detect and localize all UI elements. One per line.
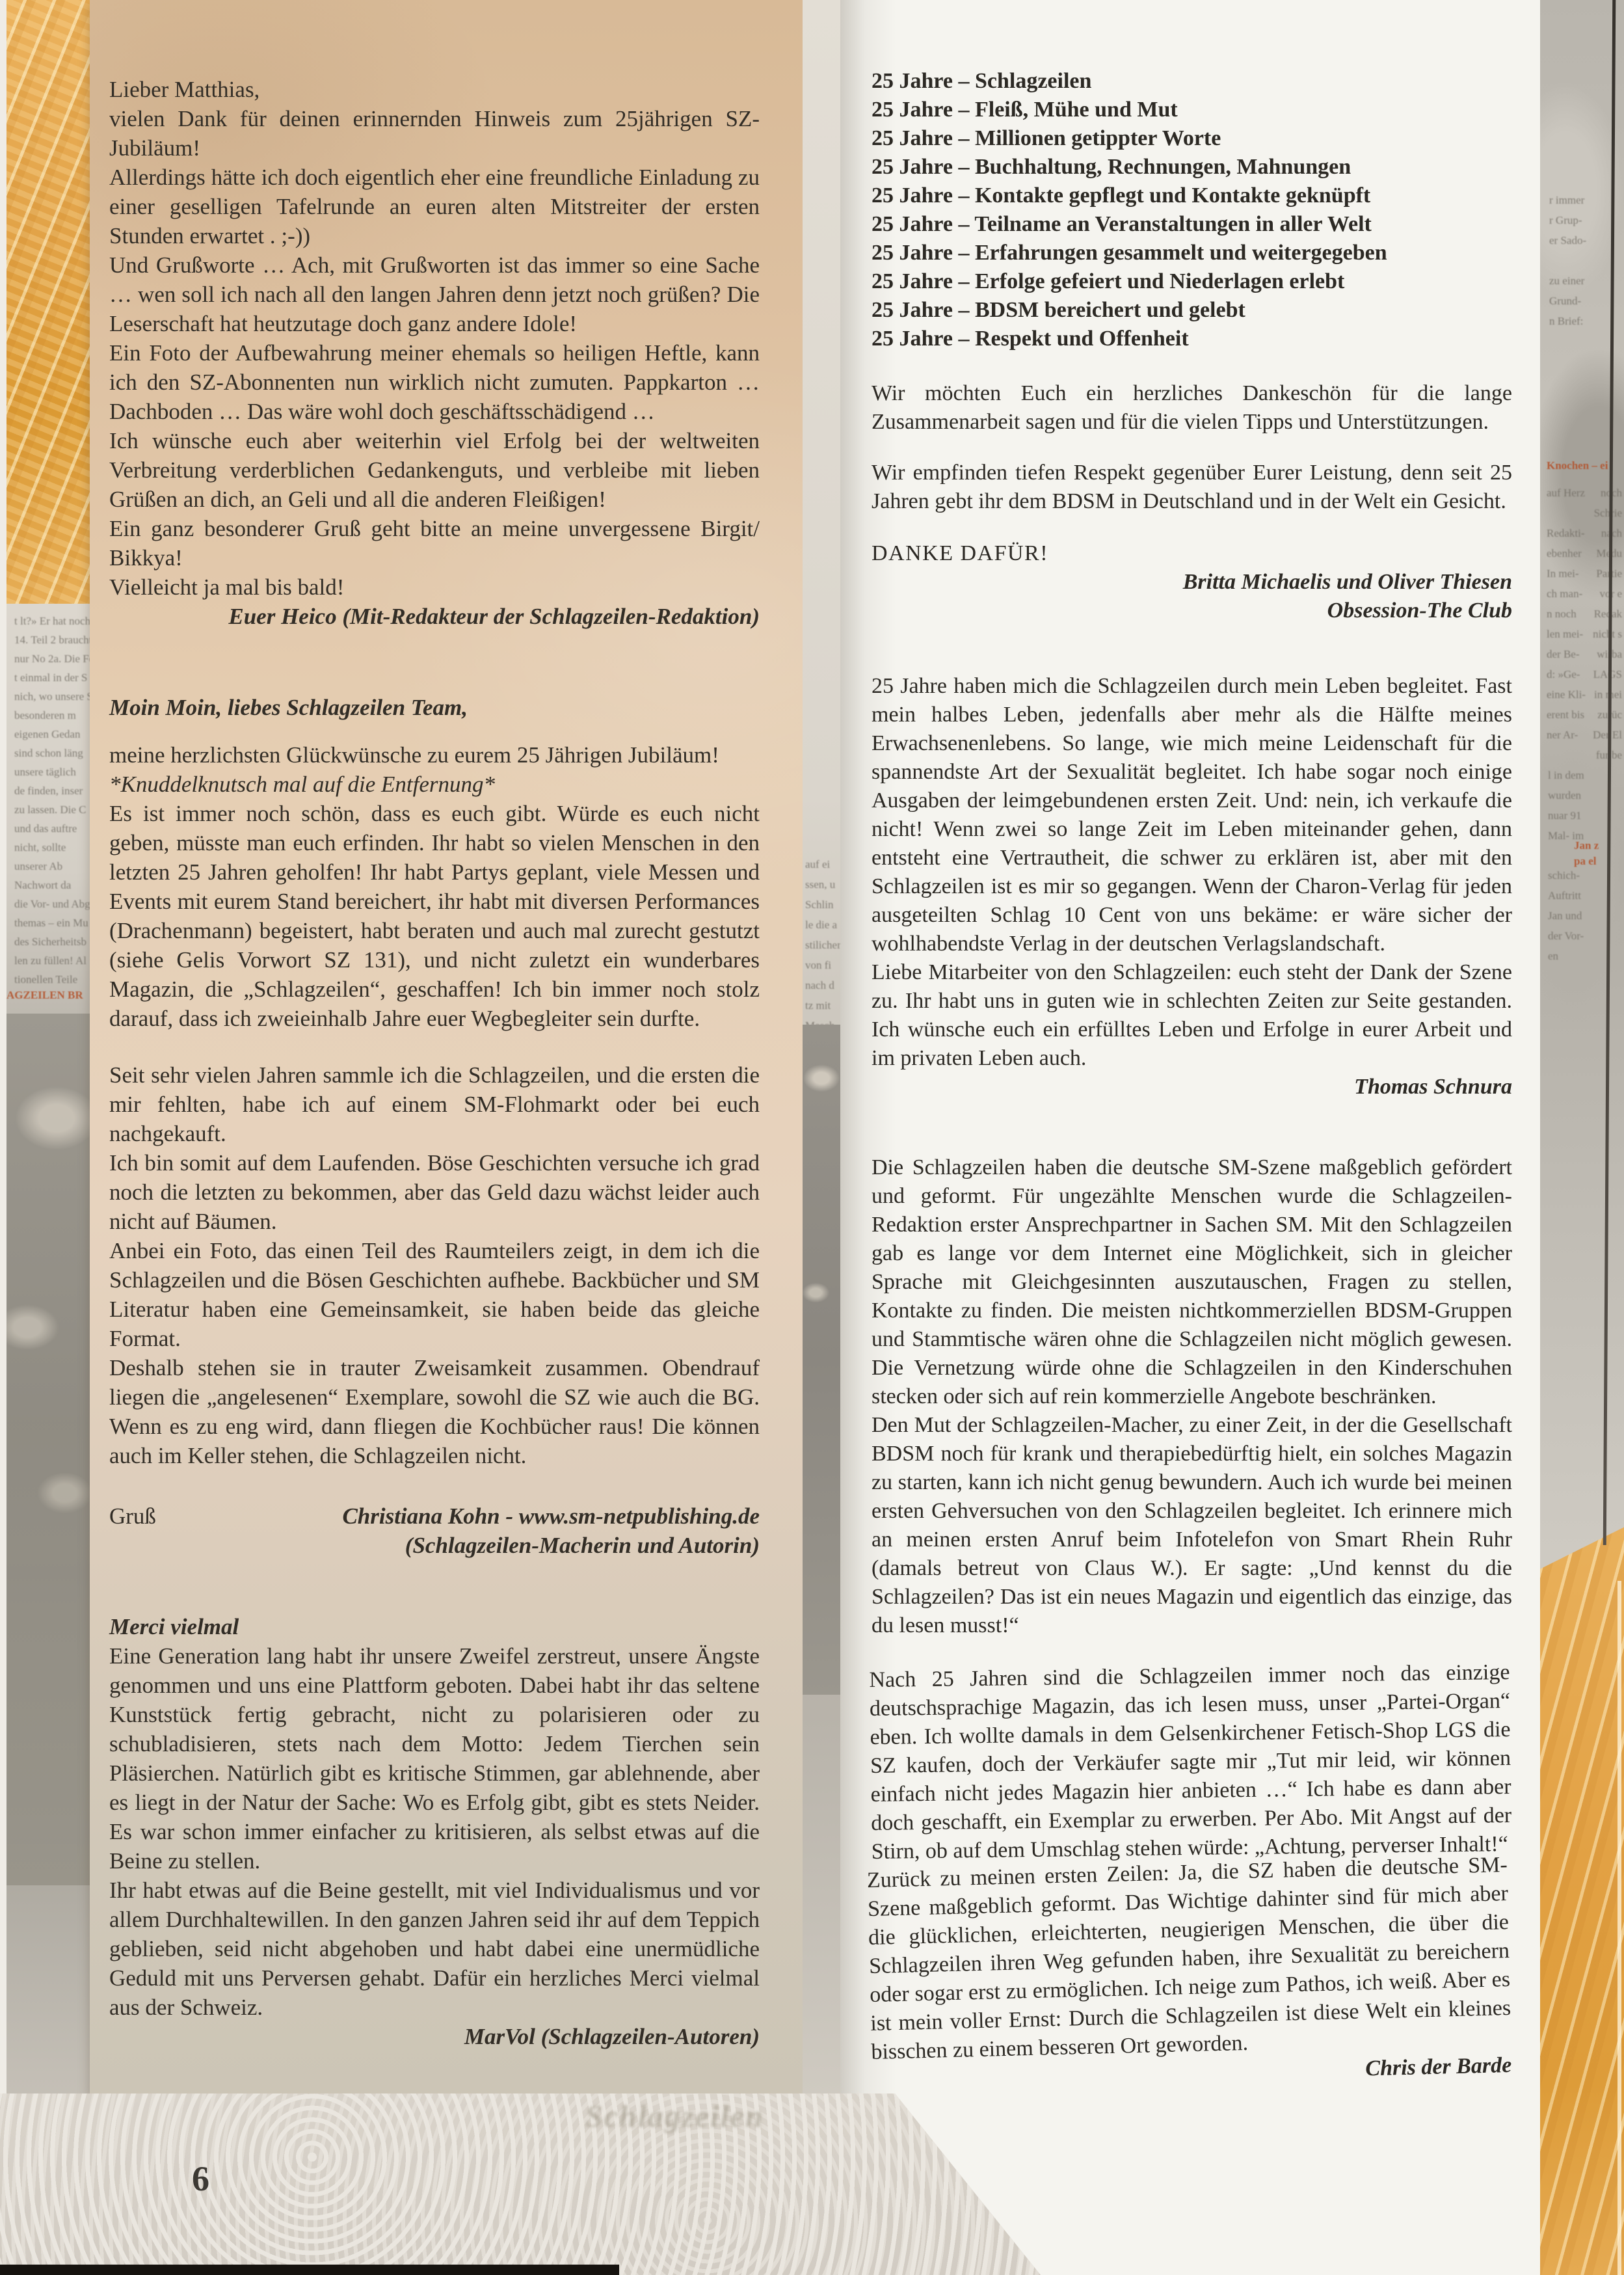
ghost-text-fragments: t lt?» Er hat noch14. Teil 2 brauchtenur…	[14, 612, 94, 989]
ghost-text-line: wurden	[1548, 785, 1613, 805]
ghost-text-line	[1549, 250, 1614, 271]
ghost-text-line: themas – ein Mu	[14, 913, 94, 932]
ghost-text-line: schich-	[1548, 865, 1613, 885]
ghost-text-line: r immer	[1549, 190, 1614, 210]
paragraph: 25 Jahre haben mich die Schlagzeilen dur…	[872, 672, 1512, 958]
spacer	[872, 1101, 1512, 1153]
ghost-text-line: unserer Ab	[14, 857, 94, 876]
footer-marble-texture	[0, 2093, 1041, 2275]
gutter-ghost-print: auf eissen, uSchlinle die astilichervon …	[803, 0, 840, 2093]
ghost-text-line: zu lassen. Die C	[14, 800, 94, 819]
paragraph: Vielleicht ja mal bis bald!	[109, 572, 760, 602]
paragraph: Liebe Mitarbeiter von den Schlagzeilen: …	[872, 958, 1512, 1073]
ghost-text-line: vor e	[1570, 584, 1622, 604]
ghost-text-fragments: nochSchrienachMeduPartievor eRedaknicht …	[1570, 483, 1622, 765]
page-number: 6	[192, 2159, 209, 2199]
spacer	[872, 437, 1512, 459]
letter-heading: Moin Moin, liebes Schlagzeilen Team,	[109, 693, 760, 722]
paragraph: meine herzlichsten Glückwünsche zu eurem…	[109, 740, 760, 770]
ghost-text-line: stilicher	[805, 935, 840, 955]
paragraph: Zurück zu meinen ersten Zeilen: Ja, die …	[866, 1851, 1511, 2067]
spacer	[109, 722, 760, 740]
ghost-text-line: le die a	[805, 915, 840, 935]
ghost-text-line: nach	[1570, 523, 1622, 543]
ghost-text-line: fur be	[1570, 745, 1622, 765]
magazine-page-scan: t lt?» Er hat noch14. Teil 2 brauchtenur…	[0, 0, 1624, 2275]
ghost-text-line: er Sado-	[1549, 230, 1614, 250]
bottom-scan-edge	[0, 2265, 619, 2275]
paragraph: Ihr habt etwas auf die Beine gestellt, m…	[109, 1876, 760, 2022]
ghost-text-fragments: schich-AuftrittJan undder Vor-en	[1548, 865, 1613, 966]
paragraph: Ein Foto der Aufbewahrung meiner ehemals…	[109, 338, 760, 426]
ghost-text-line: len zu füllen! Al	[14, 951, 94, 970]
right-page-edge: r immerr Grup-er Sado- zu einerGrund-n B…	[1540, 0, 1624, 2275]
ghost-text-line: besonderen m	[14, 706, 94, 725]
ghost-text-line: Nachwort da	[14, 876, 94, 895]
paragraph: 25 Jahre – Schlagzeilen	[872, 67, 1512, 96]
gold-texture-left-strip	[7, 0, 90, 604]
paragraph: 25 Jahre – Teilname an Veranstaltungen i…	[872, 210, 1512, 239]
paragraph: vielen Dank für deinen erinnernden Hinwe…	[109, 104, 760, 163]
paragraph: 25 Jahre – Buchhaltung, Rechnungen, Mahn…	[872, 153, 1512, 182]
ghost-text-line: wirba	[1570, 644, 1622, 664]
spacer	[109, 1560, 760, 1612]
ghost-text-line: ssen, u	[805, 874, 840, 895]
paragraph: 25 Jahre – Erfahrungen gesammelt und wei…	[872, 239, 1512, 267]
gold-texture-right-strip	[1540, 1516, 1624, 2275]
signature: Christiana Kohn - www.sm-netpublishing.d…	[342, 1501, 760, 1531]
ghost-text-line: en	[1548, 946, 1613, 966]
ghost-text-fragments: l in demwurdennuar 91Mal- im	[1548, 765, 1613, 846]
spacer	[109, 631, 760, 693]
spacer	[872, 516, 1512, 539]
schlagzeilen-watermark: Schlagzeilen	[585, 2099, 764, 2134]
paragraph: Seit sehr vielen Jahren sammle ich die S…	[109, 1060, 760, 1148]
ghost-text-line: nicht s	[1570, 624, 1622, 644]
ghost-red-fragment: Jan z pa el	[1574, 838, 1599, 869]
paragraph: Deshalb stehen sie in trauter Zweisamkei…	[109, 1353, 760, 1470]
ghost-text-line: tz mit	[805, 995, 840, 1016]
letter-heading: Merci vielmal	[109, 1612, 760, 1641]
ghost-photo	[803, 1025, 840, 1695]
paragraph: 25 Jahre – Millionen getippter Worte	[872, 124, 1512, 153]
spacer	[872, 353, 1512, 379]
ghost-text-line: LAGS	[1570, 664, 1622, 684]
paragraph: Eine Generation lang habt ihr unsere Zwe…	[109, 1641, 760, 1876]
ghost-text-line: zu einer	[1549, 271, 1614, 291]
paragraph: Und Grußworte … Ach, mit Grußworten ist …	[109, 250, 760, 338]
ghost-red-fragment: AGZEILEN BR	[7, 989, 83, 1002]
paragraph: Den Mut der Schlagzeilen-Macher, zu eine…	[872, 1411, 1512, 1640]
signature: Obsession-The Club	[872, 597, 1512, 625]
signature: Euer Heico (Mit-Redakteur der Schlagzeil…	[109, 602, 760, 631]
paragraph: 25 Jahre – Kontakte gepflegt und Kontakt…	[872, 182, 1512, 210]
ghost-text-line: und das auftre	[14, 819, 94, 838]
ghost-text-line: Schrie	[1570, 503, 1622, 523]
signature: (Schlagzeilen-Macherin und Autorin)	[109, 1531, 760, 1560]
ghost-text-line: n Brief:	[1549, 311, 1614, 331]
paragraph: Ich wünsche euch aber weiterhin viel Erf…	[109, 426, 760, 514]
paragraph: Anbei ein Foto, das einen Teil des Raumt…	[109, 1236, 760, 1353]
paragraph: Wir empfinden tiefen Respekt gegenüber E…	[872, 459, 1512, 516]
ghost-text-line: Grund-	[1549, 291, 1614, 311]
ghost-text-line: noch	[1570, 483, 1622, 503]
ghost-text-fragments: r immerr Grup-er Sado- zu einerGrund-n B…	[1549, 190, 1614, 331]
ghost-text-line: nur No 2a. Die For-	[14, 649, 94, 668]
paragraph: DANKE DAFÜR!	[872, 539, 1512, 568]
spacer	[872, 625, 1512, 672]
paragraph: Ein ganz besonderer Gruß geht bitte an m…	[109, 514, 760, 572]
paragraph: 25 Jahre – BDSM bereichert und gelebt	[872, 296, 1512, 325]
paragraph: 25 Jahre – Fleiß, Mühe und Mut	[872, 96, 1512, 124]
paragraph: Lieber Matthias,	[109, 75, 760, 104]
signature: MarVol (Schlagzeilen-Autoren)	[109, 2022, 760, 2051]
spacer	[109, 1033, 760, 1060]
paragraph: Wir möchten Euch ein herzliches Dankesch…	[872, 379, 1512, 437]
ghost-text-line: nuar 91	[1548, 805, 1613, 826]
paragraph: 25 Jahre – Erfolge gefeiert und Niederla…	[872, 267, 1512, 296]
letters-column: Lieber Matthias,vielen Dank für deinen e…	[109, 75, 760, 2051]
ghost-photo	[7, 1014, 90, 1885]
ghost-text-line: Der El	[1570, 725, 1622, 745]
ghost-red-fragment: Knochen – ei	[1547, 459, 1608, 472]
paragraph: Ich bin somit auf dem Laufenden. Böse Ge…	[109, 1148, 760, 1236]
page-left-edge	[0, 0, 7, 2275]
ghost-text-line: r Grup-	[1549, 210, 1614, 230]
ghost-text-line: Auftritt	[1548, 885, 1613, 906]
ghost-text-line: 14. Teil 2 brauchte	[14, 630, 94, 649]
paragraph: 25 Jahre – Respekt und Offenheit	[872, 325, 1512, 353]
ghost-text-line: des Sicherheitsb	[14, 932, 94, 951]
tributes-column: 25 Jahre – Schlagzeilen25 Jahre – Fleiß,…	[872, 67, 1512, 2095]
ghost-text-line: nach d	[805, 975, 840, 995]
ghost-text-line: t lt?» Er hat noch	[14, 612, 94, 630]
ghost-text-line: die Vor- und Abg	[14, 895, 94, 913]
ghost-text-line: sind schon läng	[14, 744, 94, 762]
page-edge-highlight	[1617, 1581, 1621, 2275]
ghost-text-line: tionellen Teile	[14, 970, 94, 989]
left-margin-ghost-print: t lt?» Er hat noch14. Teil 2 brauchtenur…	[7, 604, 90, 2275]
ghost-text-line: Medu	[1570, 543, 1622, 563]
spacer	[109, 1470, 760, 1501]
paragraph: *Knuddelknutsch mal auf die Entfernung*	[109, 770, 760, 799]
ghost-text-line: eigenen Gedan	[14, 725, 94, 744]
ghost-text-line: Schlin	[805, 895, 840, 915]
ghost-text-line: der Vor-	[1548, 926, 1613, 946]
ghost-text-line: Jan und	[1548, 906, 1613, 926]
ghost-text-line: t einmal in der S	[14, 668, 94, 687]
paragraph: Die Schlagzeilen haben die deutsche SM-S…	[872, 1153, 1512, 1411]
signature: Britta Michaelis und Oliver Thiesen	[872, 568, 1512, 597]
paragraph: Nach 25 Jahren sind die Schlagzeilen imm…	[869, 1658, 1512, 1866]
paragraph: Es ist immer noch schön, dass es euch gi…	[109, 799, 760, 1033]
ghost-text-line: auf ei	[805, 854, 840, 874]
closing-word: Gruß	[109, 1501, 156, 1531]
ghost-text-line: de finden, inser	[14, 781, 94, 800]
ghost-text-line: l in dem	[1548, 765, 1613, 785]
ghost-text-line: Partie	[1570, 563, 1622, 584]
closing-row: GrußChristiana Kohn - www.sm-netpublishi…	[109, 1501, 760, 1531]
ghost-text-line: in mei	[1570, 684, 1622, 705]
paragraph: Allerdings hätte ich doch eigentlich ehe…	[109, 163, 760, 250]
signature: Thomas Schnura	[872, 1073, 1512, 1101]
ghost-text-line: unsere täglich	[14, 762, 94, 781]
ghost-text-line: nich, wo unsere St	[14, 687, 94, 706]
ghost-text-line: zurüc	[1570, 705, 1622, 725]
ghost-text-line: nicht, sollte	[14, 838, 94, 857]
ghost-text-line: Redak	[1570, 604, 1622, 624]
ghost-text-line: von fi	[805, 955, 840, 975]
